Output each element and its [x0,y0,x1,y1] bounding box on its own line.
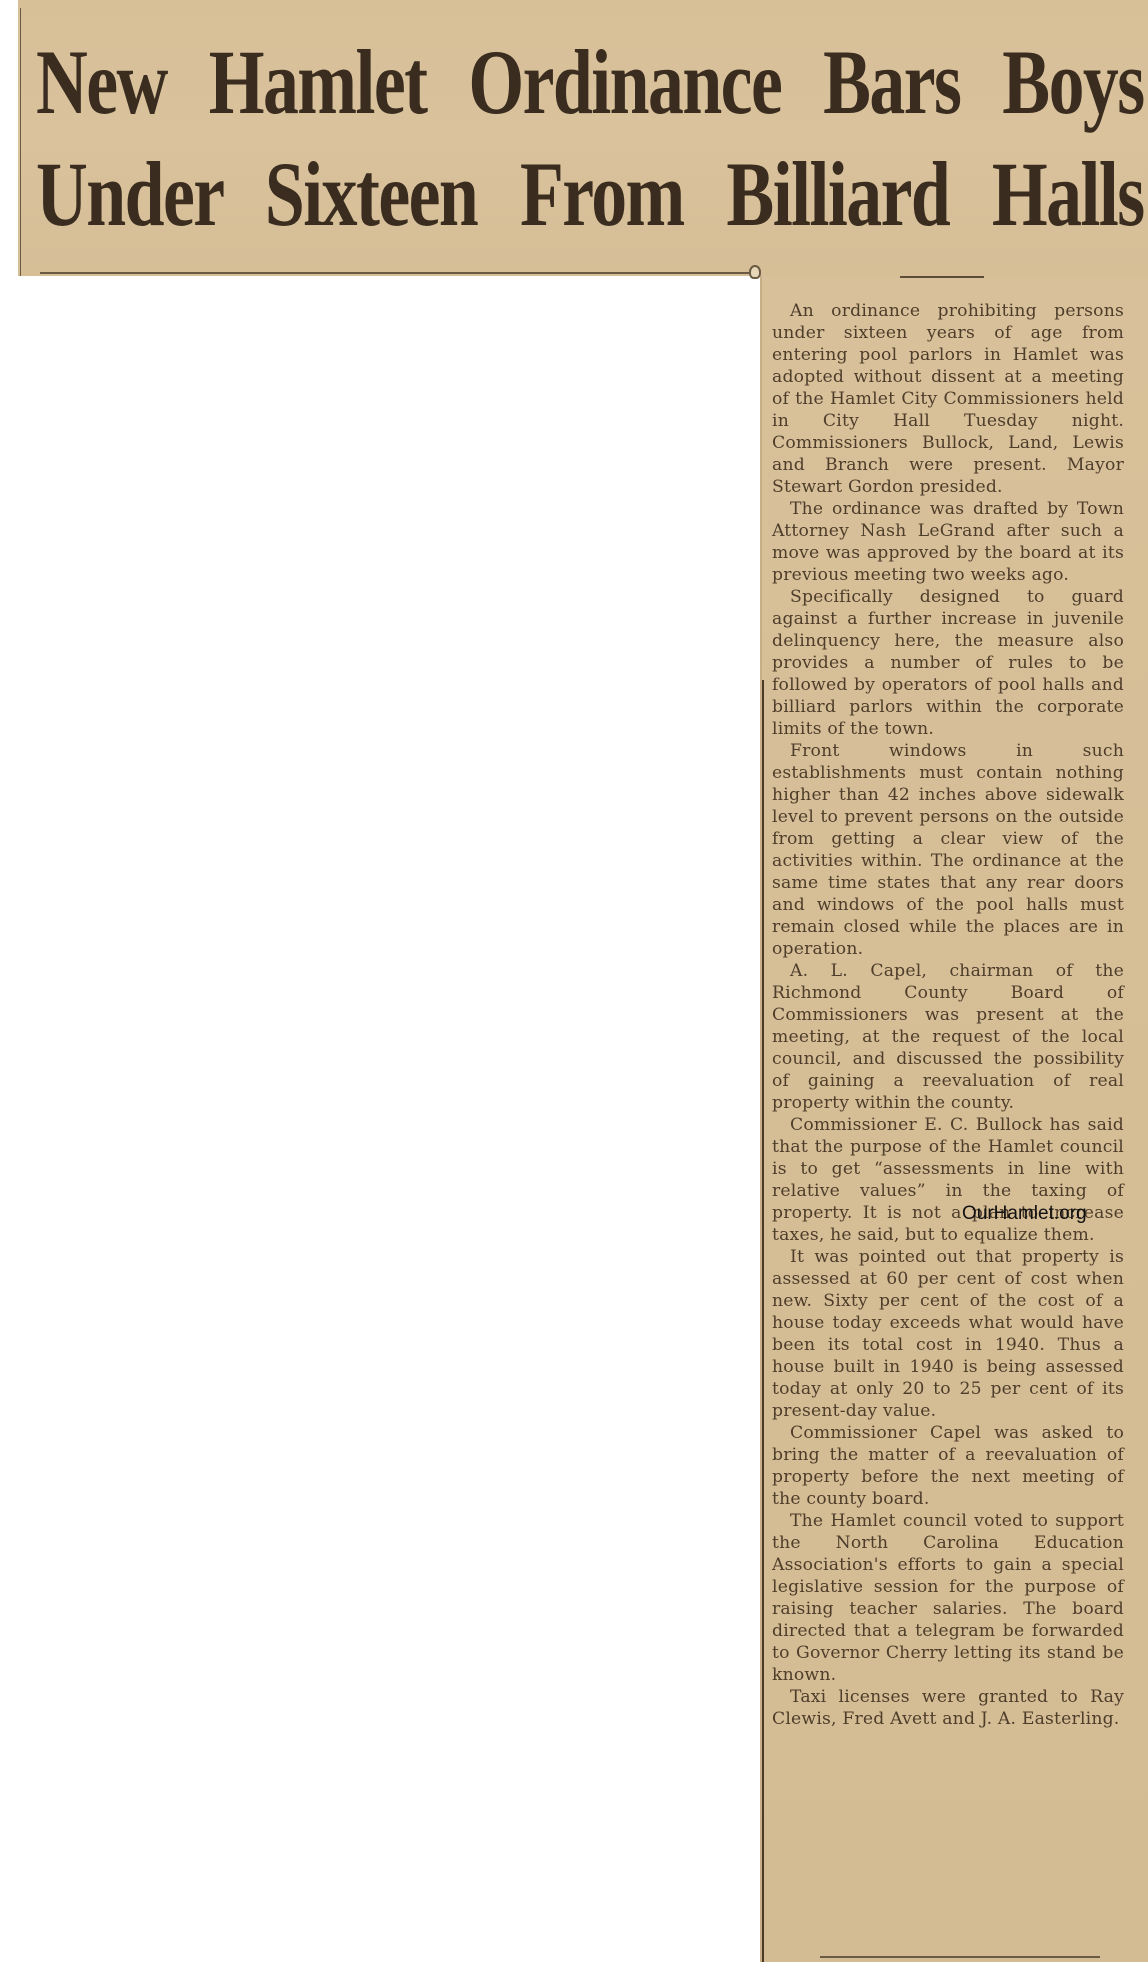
paragraph: An ordinance prohibiting persons under s… [772,300,1124,498]
dash-separator [900,276,984,278]
article-body: An ordinance prohibiting persons under s… [772,300,1124,1730]
headline: New Hamlet Ordinance Bars Boys Under Six… [36,26,902,250]
watermark: OurHamlet.org [962,1203,1087,1225]
paragraph: The ordinance was drafted by Town Attorn… [772,498,1124,586]
clipping-edge-rule [20,8,21,276]
bottom-rule [820,1956,1100,1958]
paragraph: Front windows in such establishments mus… [772,740,1124,960]
headline-line-2: Under Sixteen From Billiard Halls [36,138,1144,250]
headline-line-1: New Hamlet Ordinance Bars Boys [36,26,1144,138]
headline-underline-rule [40,272,752,274]
column-divider-rule [762,680,764,1962]
paragraph: Commissioner Capel was asked to bring th… [772,1422,1124,1510]
paragraph: Taxi licenses were granted to Ray Clewis… [772,1686,1124,1730]
paragraph: A. L. Capel, chairman of the Richmond Co… [772,960,1124,1114]
headline-clipping: New Hamlet Ordinance Bars Boys Under Six… [18,0,1148,276]
paragraph: It was pointed out that property is asse… [772,1246,1124,1422]
paragraph: The Hamlet council voted to support the … [772,1510,1124,1686]
paragraph: Commissioner E. C. Bullock has said that… [772,1114,1124,1246]
paragraph: Specifically designed to guard against a… [772,586,1124,740]
